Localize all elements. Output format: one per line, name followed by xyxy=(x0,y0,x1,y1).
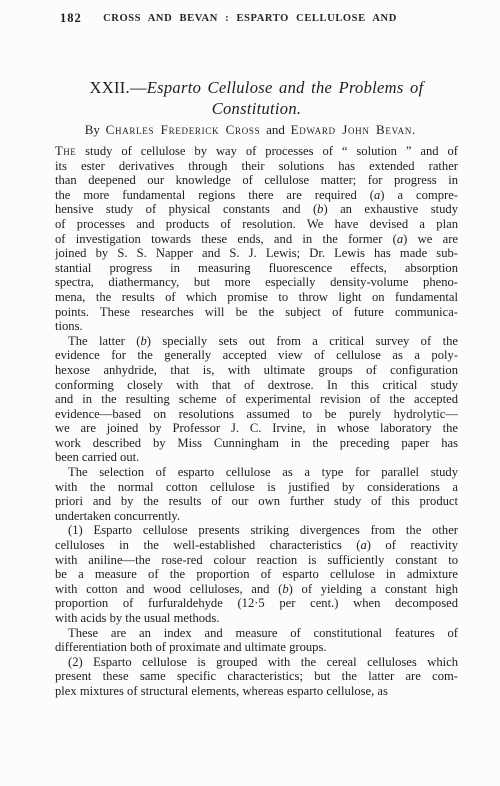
text-line: stantial progress in measuring fluoresce… xyxy=(55,261,458,276)
text-line: These are an index and measure of consti… xyxy=(55,626,458,641)
paragraph: (1) Esparto cellulose presents striking … xyxy=(55,523,458,625)
text-line: we are joined by Professor J. C. Irvine,… xyxy=(55,421,458,436)
author-name-2: Edward John Bevan xyxy=(291,122,412,137)
text-line: hexose anhydride, that is, with ultimate… xyxy=(55,363,458,378)
paragraph: The study of cellulose by way of process… xyxy=(55,144,458,334)
text-line: of investigation towards these ends, and… xyxy=(55,232,458,247)
text-line: differentiation both of proximate and ul… xyxy=(55,640,458,655)
text-line: be a measure of the proportion of espart… xyxy=(55,567,458,582)
text-line: of processes and products of resolution.… xyxy=(55,217,458,232)
lead-word: The xyxy=(55,144,76,158)
paragraph: The selection of esparto cellulose as a … xyxy=(55,465,458,523)
text-line: with acids by the usual methods. xyxy=(55,611,458,626)
byline: By Charles Frederick Cross and Edward Jo… xyxy=(40,122,460,138)
text-line: evidence—based on resolutions assumed to… xyxy=(55,407,458,422)
text-line: the more fundamental regions there are r… xyxy=(55,188,458,203)
text-line: undertaken concurrently. xyxy=(55,509,458,524)
text-line: joined by S. S. Napper and S. J. Lewis; … xyxy=(55,246,458,261)
scanned-paper-page: 182 CROSS AND BEVAN : ESPARTO CELLULOSE … xyxy=(0,0,500,786)
text-line: proportion of furfuraldehyde (12·5 per c… xyxy=(55,596,458,611)
article-number-prefix: XXII.— xyxy=(90,78,147,97)
paragraph: (2) Esparto cellulose is grouped with th… xyxy=(55,655,458,699)
text-line: and in the resulting scheme of experimen… xyxy=(55,392,458,407)
article-title-line1: Esparto Cellulose and the Problems of xyxy=(147,78,424,97)
text-line: (1) Esparto cellulose presents striking … xyxy=(55,523,458,538)
text-line: spectra, diathermancy, but more especial… xyxy=(55,275,458,290)
text-line: work described by Miss Cunningham in the… xyxy=(55,436,458,451)
text-line: (2) Esparto cellulose is grouped with th… xyxy=(55,655,458,670)
text-line: plex mixtures of structural elements, wh… xyxy=(55,684,458,699)
article-title-line2: Constitution. xyxy=(212,99,302,118)
paragraph: These are an index and measure of consti… xyxy=(55,626,458,655)
text-line: evidence for the generally accepted view… xyxy=(55,348,458,363)
text-line: with the normal cotton cellulose is just… xyxy=(55,480,458,495)
running-head-title: CROSS AND BEVAN : ESPARTO CELLULOSE AND xyxy=(0,13,500,24)
byline-by: By xyxy=(85,122,100,137)
text-line: The latter (b) specially sets out from a… xyxy=(55,334,458,349)
text-line: its ester derivatives through their solu… xyxy=(55,159,458,174)
byline-conjunction: and xyxy=(260,122,290,137)
text-line: than deepened our knowledge of cellulose… xyxy=(55,173,458,188)
text-line: been carried out. xyxy=(55,450,458,465)
byline-terminator: . xyxy=(412,122,415,137)
text-line: hensive study of physical constants and … xyxy=(55,202,458,217)
text-line: present these same specific characterist… xyxy=(55,669,458,684)
text-line: priori and by the results of our own fur… xyxy=(55,494,458,509)
text-line: mena, the results of which promise to th… xyxy=(55,290,458,305)
text-line: celluloses in the well-established chara… xyxy=(55,538,458,553)
text-line: points. These researches will be the sub… xyxy=(55,305,458,320)
text-line: tions. xyxy=(55,319,458,334)
text-line: conforming closely with that of dextrose… xyxy=(55,378,458,393)
text-line: The study of cellulose by way of process… xyxy=(55,144,458,159)
text-line: The selection of esparto cellulose as a … xyxy=(55,465,458,480)
article-body: The study of cellulose by way of process… xyxy=(55,144,458,699)
article-title: XXII.—Esparto Cellulose and the Problems… xyxy=(55,77,458,119)
paragraph: The latter (b) specially sets out from a… xyxy=(55,334,458,465)
text-line: with aniline—the rose-red colour reactio… xyxy=(55,553,458,568)
text-line: with cotton and wood celluloses, and (b)… xyxy=(55,582,458,597)
author-name-1: Charles Frederick Cross xyxy=(106,122,261,137)
